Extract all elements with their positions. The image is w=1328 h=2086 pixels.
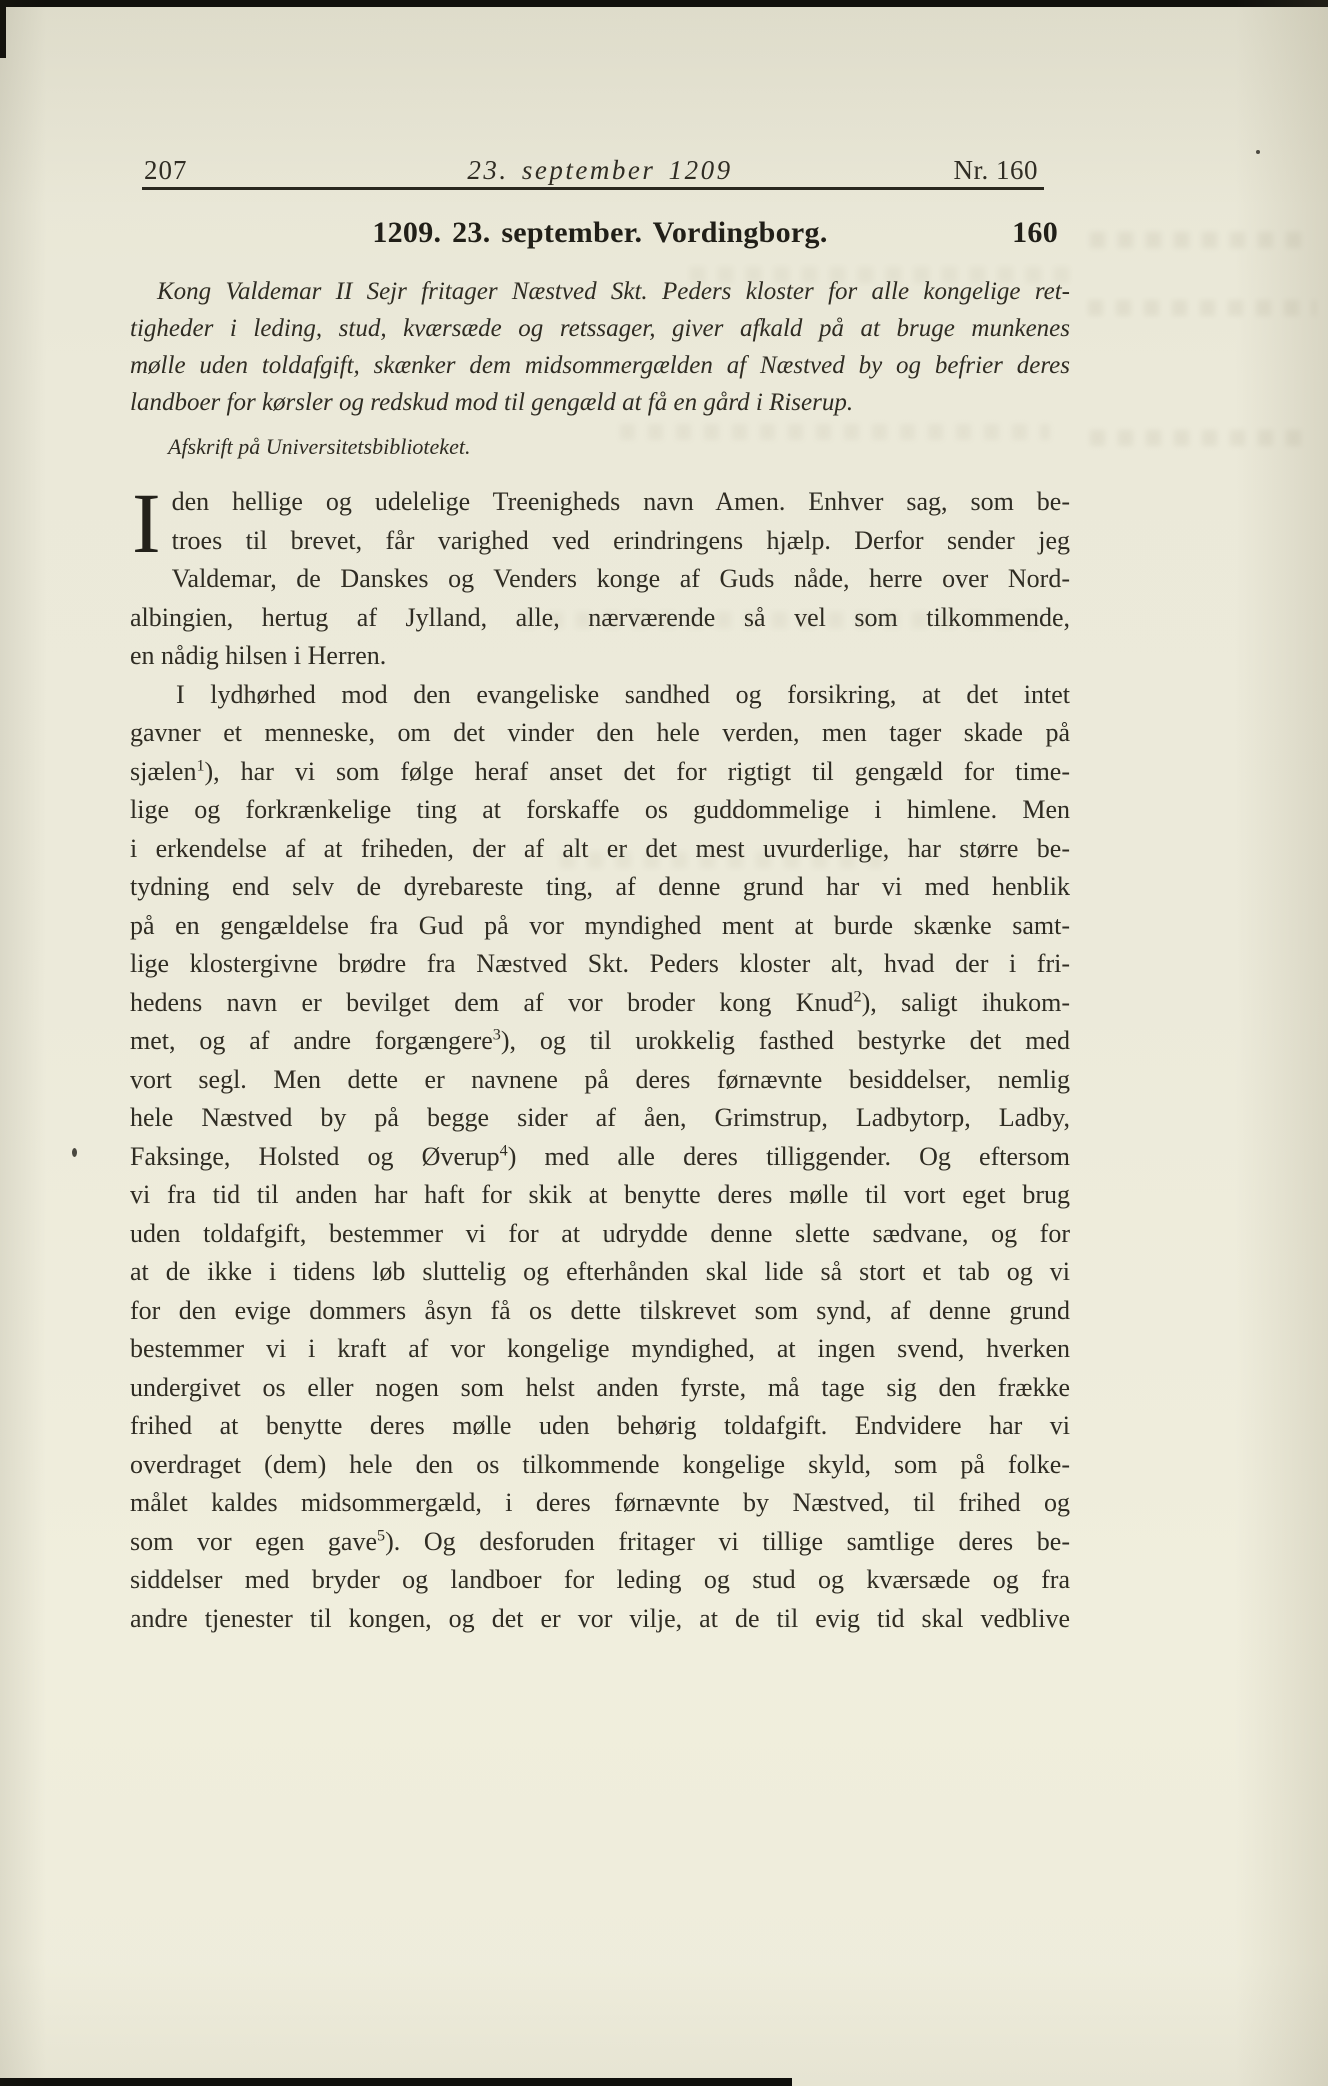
scan-edge-left	[0, 0, 6, 58]
body-line: lige klostergivne brødre fra Næstved Skt…	[130, 945, 1070, 984]
summary-block: Kong Valdemar II Sejr fritager Næstved S…	[130, 273, 1070, 421]
body-text: Iden hellige og udelelige Treenigheds na…	[130, 483, 1070, 1638]
body-line: vi fra tid til anden har haft for skik a…	[130, 1176, 1070, 1215]
body-line: troes til brevet, får varighed ved erind…	[172, 522, 1070, 561]
paragraph: Iden hellige og udelelige Treenigheds na…	[130, 483, 1070, 676]
body-line: undergivet os eller nogen som helst ande…	[130, 1369, 1070, 1408]
body-line: tydning end selv de dyrebareste ting, af…	[130, 868, 1070, 907]
text-column: 207 23. september 1209 Nr. 160 1209. 23.…	[130, 0, 1070, 2086]
body-line: uden toldafgift, bestemmer vi for at udr…	[130, 1215, 1070, 1254]
entry-heading-row: 1209. 23. september. Vordingborg. 160	[130, 216, 1070, 254]
body-line: i erkendelse af at friheden, der af alt …	[130, 830, 1070, 869]
body-line: en nådig hilsen i Herren.	[130, 637, 1070, 676]
body-line: som vor egen gave5). Og desforuden frita…	[130, 1523, 1070, 1562]
paragraph: I lydhørhed mod den evangeliske sandhed …	[130, 676, 1070, 1639]
body-line: for den evige dommers åsyn få os dette t…	[130, 1292, 1070, 1331]
body-line: lige og forkrænkelige ting at forskaffe …	[130, 791, 1070, 830]
footnote-ref: 1	[196, 757, 204, 774]
body-line: Valdemar, de Danskes og Venders konge af…	[172, 560, 1070, 599]
body-line: frihed at benytte deres mølle uden behør…	[130, 1407, 1070, 1446]
bleed-through-mark	[1088, 300, 1316, 316]
bleed-through-mark	[1090, 430, 1310, 446]
body-line: I lydhørhed mod den evangeliske sandhed …	[130, 676, 1070, 715]
body-line: vort segl. Men dette er navnene på deres…	[130, 1061, 1070, 1100]
scan-speck	[72, 1148, 77, 1157]
summary-line: Kong Valdemar II Sejr fritager Næstved S…	[130, 273, 1070, 310]
body-line: Faksinge, Holsted og Øverup4) med alle d…	[130, 1138, 1070, 1177]
body-line: hedens navn er bevilget dem af vor brode…	[130, 984, 1070, 1023]
body-line: hele Næstved by på begge sider af åen, G…	[130, 1099, 1070, 1138]
summary-line: mølle uden toldafgift, skænker dem midso…	[130, 347, 1070, 384]
drop-cap: I	[132, 487, 161, 564]
entry-heading: 1209. 23. september. Vordingborg.	[372, 216, 827, 249]
body-line: albingien, hertug af Jylland, alle, nærv…	[130, 599, 1070, 638]
body-line: andre tjenester til kongen, og det er vo…	[130, 1600, 1070, 1639]
summary-line: tigheder i leding, stud, kværsæde og ret…	[130, 310, 1070, 347]
body-line: overdraget (dem) hele den os tilkommende…	[130, 1446, 1070, 1485]
running-header-date: 23. september 1209	[130, 155, 1070, 186]
body-line: den hellige og udelelige Treenigheds nav…	[172, 483, 1070, 522]
header-rule	[142, 187, 1044, 190]
body-line: gavner et menneske, om det vinder den he…	[130, 714, 1070, 753]
footnote-ref: 4	[500, 1142, 508, 1159]
scan-speck	[1256, 150, 1260, 154]
body-line: at de ikke i tidens løb sluttelig og eft…	[130, 1253, 1070, 1292]
body-line: siddelser med bryder og landboer for led…	[130, 1561, 1070, 1600]
source-note: Afskrift på Universitetsbiblioteket.	[168, 434, 470, 460]
body-line: met, og af andre forgængere3), og til ur…	[130, 1022, 1070, 1061]
bleed-through-mark	[1090, 232, 1302, 248]
entry-number: 160	[1012, 216, 1058, 250]
body-line: på en gengældelse fra Gud på vor myndigh…	[130, 907, 1070, 946]
scanned-book-page: 207 23. september 1209 Nr. 160 1209. 23.…	[0, 0, 1328, 2086]
running-header-number: Nr. 160	[954, 155, 1039, 186]
footnote-ref: 5	[377, 1527, 385, 1544]
body-line: bestemmer vi i kraft af vor kongelige my…	[130, 1330, 1070, 1369]
summary-line: landboer for kørsler og redskud mod til …	[130, 384, 1070, 421]
body-line: sjælen1), har vi som følge heraf anset d…	[130, 753, 1070, 792]
body-line: målet kaldes midsommergæld, i deres førn…	[130, 1484, 1070, 1523]
footnote-ref: 2	[854, 988, 862, 1005]
footnote-ref: 3	[493, 1026, 501, 1043]
running-header: 207 23. september 1209 Nr. 160	[130, 150, 1070, 186]
